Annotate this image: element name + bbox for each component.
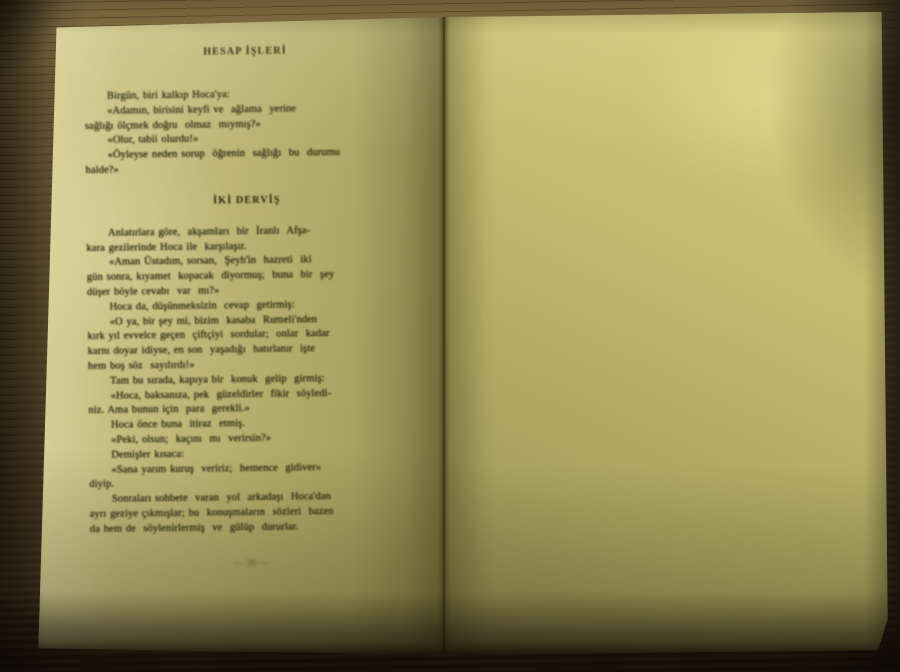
text-line: «Hoca, baksanıza, pek güzeldirler fikir …: [88, 386, 410, 405]
page-number: — 30 —: [90, 556, 412, 571]
text-line: da hem de söylenirlermiş ve gülüp dururl…: [90, 519, 412, 538]
book-photo: HESAP İŞLERİ Birgün, biri kalkıp Hoca'ya…: [0, 0, 900, 672]
text-line: ayrı geziye çıkmışlar; bu konuşmaların s…: [90, 504, 412, 523]
text-line: karnı doyar idiyse, en son yaşadığı hatı…: [88, 341, 410, 360]
text-line: Anlatırlara göre, akşamları bir İranlı A…: [86, 223, 408, 242]
text-line: kara gezilerinde Hoca ile karşılaşır.: [86, 238, 408, 257]
text-line: «Peki, olsun; kaçını mı verirsin?»: [89, 430, 411, 449]
story-text: Birgün, biri kalkıp Hoca'ya: «Adamın, bi…: [85, 86, 408, 179]
text-line: diyip.: [89, 474, 411, 493]
text-line: hem boş söz sayılırdı!»: [88, 356, 410, 375]
text-line: «Aman Üstadım, sorsan, Şeyh'in hazreti i…: [87, 252, 409, 271]
text-line: Hoca da, düşünmeksizin cevap getirmiş:: [87, 297, 409, 316]
text-line: Tam bu sırada, kapıya bir konuk gelip gi…: [88, 371, 410, 390]
text-line: Hoca önce buna itiraz etmiş.: [89, 415, 411, 434]
text-line: «Öyleyse neden sorup öğrenin sağlığı bu …: [85, 145, 407, 164]
text-line: Sonraları sohbete varan yol arkadaşı Hoc…: [89, 489, 411, 508]
text-line: halde?»: [85, 160, 407, 179]
text-line: düşer böyle cevabı var mı?»: [87, 282, 409, 301]
left-page: HESAP İŞLERİ Birgün, biri kalkıp Hoca'ya…: [28, 8, 444, 658]
text-line: Demişler kısaca:: [89, 445, 411, 464]
left-page-text: HESAP İŞLERİ Birgün, biri kalkıp Hoca'ya…: [84, 44, 412, 570]
text-line: niz. Ama bunun için para gerekli.»: [88, 400, 410, 419]
text-line: gün sonra, kıyamet kopacak diyormuş; bun…: [87, 267, 409, 286]
open-book: HESAP İŞLERİ Birgün, biri kalkıp Hoca'ya…: [28, 8, 892, 658]
text-line: sağlığı ölçmek doğru olmaz mıymış?»: [85, 116, 407, 135]
story-text: Anlatırlara göre, akşamları bir İranlı A…: [86, 223, 412, 538]
right-page: ÇOCUKLUĞU AKLINA GELİNCE Hoca bir gün, m…: [444, 8, 892, 658]
text-line: «O ya, bir şey mi, bizim kasaba Rumeli'n…: [87, 312, 409, 331]
text-line: Birgün, biri kalkıp Hoca'ya:: [85, 86, 407, 105]
text-line: «Sana yarım kuruş veririz; hemence gidiv…: [89, 460, 411, 479]
story-title: HESAP İŞLERİ: [84, 44, 406, 60]
text-line: kırk yıl evvelce geçen çiftçiyi sordular…: [87, 326, 409, 345]
story-title: İKİ DERVİŞ: [86, 193, 408, 209]
text-line: «Adamın, birisini keyfi ve ağlama yerine: [85, 101, 407, 120]
text-line: «Olur, tabii olurdu!»: [85, 130, 407, 149]
book-gutter: [438, 8, 450, 658]
